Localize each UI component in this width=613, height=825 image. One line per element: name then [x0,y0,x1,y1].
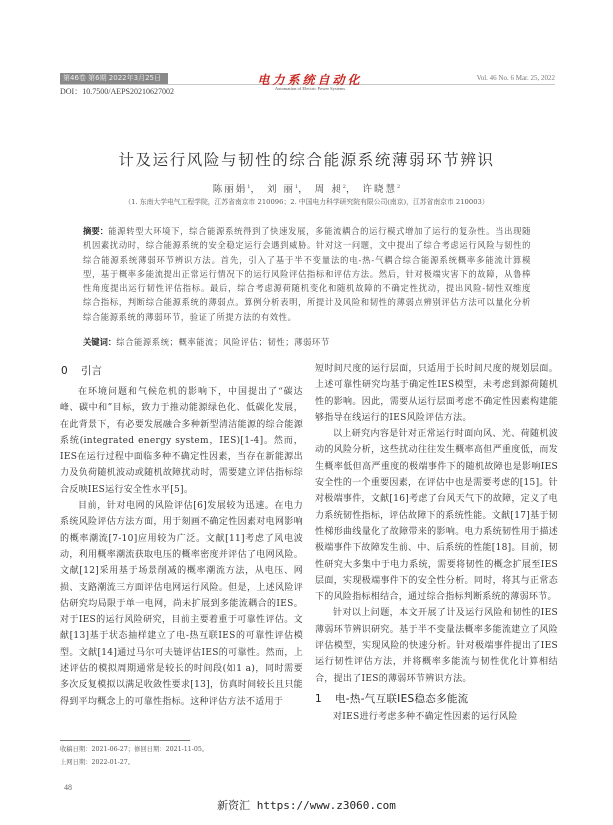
paragraph: 短时间尺度的运行层面，只适用于长时间尺度的规划层面。上述可靠性研究均基于确定性I… [315,361,558,426]
paragraph: 针对以上问题，本文开展了计及运行风险和韧性的IES薄弱环节辨识研究。基于半不变量… [315,605,558,686]
issue-band: 第46卷 第6期 2022年3月25日 [60,73,168,84]
page-number: 48 [64,783,72,792]
section-heading-intro: 0引言 [61,363,102,378]
author: 周 昶 [315,184,343,195]
right-column: 短时间尺度的运行层面，只适用于长时间尺度的规划层面。上述可靠性研究均基于确定性I… [315,361,558,726]
author: 许晓慧 [363,184,398,195]
author: 刘 丽 [267,184,295,195]
paragraph: 对IES进行考虑多种不确定性因素的运行风险 [315,709,558,725]
paragraph: 以上研究内容是针对正常运行时面向风、光、荷随机波动的风险分析，这些扰动往往发生概… [315,426,558,605]
paragraph: 在环境问题和气候危机的影响下，中国提出了“碳达峰、碳中和”目标，致力于推动能源绿… [60,384,303,498]
author: 陈丽娟 [213,184,248,195]
online-date: 上网日期：2022-01-27。 [60,757,310,766]
section-heading-1: 1电-热-气互联IES稳态多能流 [315,691,558,707]
received-date: 收稿日期：2021-06-27；修回日期：2021-11-05。 [60,744,310,753]
keywords-label: 关键词： [83,337,116,347]
volume-info: Vol. 46 No. 6 Mar. 25, 2022 [440,74,555,82]
author-list: 陈丽娟1， 刘 丽1， 周 昶2， 许晓慧2 [0,181,613,195]
paper-title: 计及运行风险与韧性的综合能源系统薄弱环节辨识 [0,148,613,170]
keywords-text: 综合能源系统；概率能流；风险评估；韧性；薄弱环节 [116,337,330,347]
doi: DOI：10.7500/AEPS20210627002 [60,86,174,97]
keywords: 关键词：综合能源系统；概率能流；风险评估；韧性；薄弱环节 [83,336,531,348]
abstract-text: 能源转型大环境下，综合能源系统得到了快速发展，多能流耦合的运行模式增加了运行的复… [83,226,531,322]
paragraph: 目前，针对电网的风险评估[6]发展较为迅速。在电力系统风险评估方法方面，用于刻画… [60,498,303,710]
abstract-label: 摘要： [83,226,108,236]
affiliations: （1. 东南大学电气工程学院，江苏省南京市 210096；2. 中国电力科学研究… [0,196,613,206]
journal-logo-en: Automation of Electric Power Systems [250,86,370,91]
footnote-rule [60,740,190,741]
watermark: 新资汇 https://www.z3060.com [0,797,613,813]
abstract: 摘要：能源转型大环境下，综合能源系统得到了快速发展，多能流耦合的运行模式增加了运… [83,224,531,324]
left-column: 在环境问题和气候危机的影响下，中国提出了“碳达峰、碳中和”目标，致力于推动能源绿… [60,384,303,710]
